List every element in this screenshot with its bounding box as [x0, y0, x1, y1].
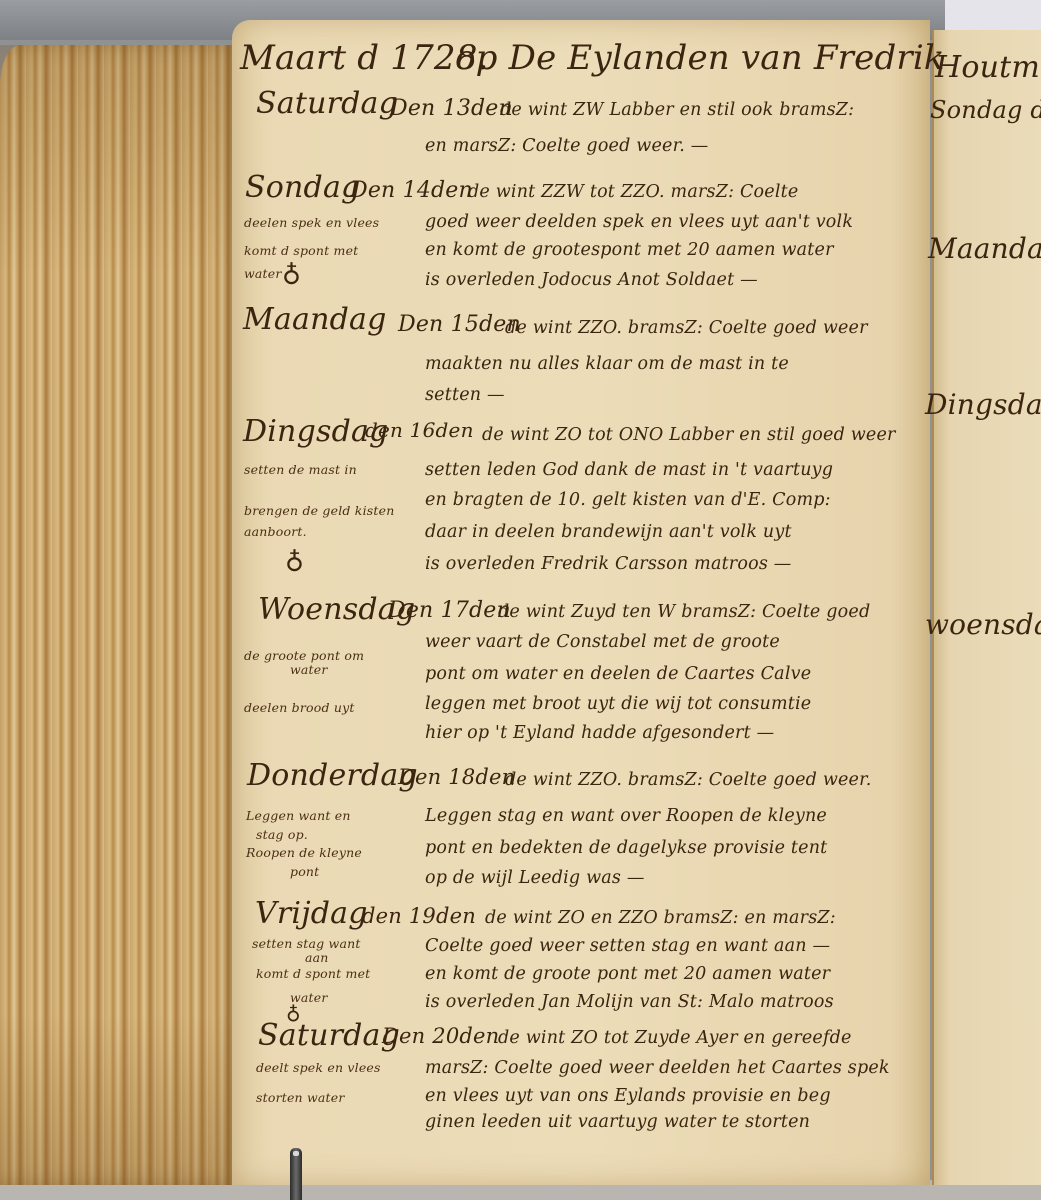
entry-day: Vrijdag — [255, 896, 368, 931]
entry-day: Saturdag — [258, 1018, 400, 1053]
entry-line: daar in deelen brandewijn aan't volk uyt — [425, 522, 792, 542]
entry-line: leggen met broot uyt die wij tot consumt… — [425, 694, 811, 714]
entry-line: en bragten de 10. gelt kisten van d'E. C… — [425, 490, 831, 510]
entry-line: pont om water en deelen de Caartes Calve — [425, 664, 811, 684]
margin-note: pont — [290, 864, 319, 879]
facing-page-day: woensdag — [925, 608, 1041, 641]
entry-line: marsZ: Coelte goed weer deelden het Caar… — [425, 1058, 890, 1078]
entry-line: ginen leeden uit vaartuyg water te stort… — [425, 1112, 810, 1132]
entry-line: de wint ZO tot Zuyde Ayer en gereefde — [498, 1028, 852, 1048]
margin-note: komt d spont met — [256, 966, 370, 981]
entry-line: de wint ZO tot ONO Labber en stil goed w… — [482, 425, 896, 445]
entry-line: is overleden Fredrik Carsson matroos — — [425, 554, 792, 574]
entry-line: is overleden Jodocus Anot Soldaet — — [425, 270, 758, 290]
entry-line: de wint ZZO. bramsZ: Coelte goed weer — [505, 318, 868, 338]
entry-line: hier op 't Eyland hadde afgesondert — — [425, 723, 774, 743]
photo-backdrop-card — [945, 0, 1041, 30]
entry-date: Den 13den — [390, 96, 513, 121]
entry-line: de wint ZO en ZZO bramsZ: en marsZ: — [485, 908, 836, 928]
cross-death-mark-icon: ♁ — [285, 545, 304, 575]
entry-date: den 16den — [365, 418, 474, 442]
margin-note: water — [290, 662, 328, 677]
entry-date: Den 14den — [350, 178, 473, 203]
entry-line: goed weer deelden spek en vlees uyt aan'… — [425, 212, 853, 232]
entry-line: maakten nu alles klaar om de mast in te — [425, 354, 789, 374]
entry-line: en komt de groote pont met 20 aamen wate… — [425, 964, 830, 984]
entry-day: Saturdag — [256, 86, 398, 121]
entry-line: weer vaart de Constabel met de groote — [425, 632, 780, 652]
margin-note: deelen spek en vlees — [244, 215, 379, 230]
cross-death-mark-icon: ♁ — [282, 258, 301, 288]
margin-note: Leggen want en — [246, 808, 351, 823]
entry-date: Den 18den — [398, 765, 515, 789]
margin-note: storten water — [256, 1090, 345, 1105]
margin-note: aanboort. — [244, 524, 307, 539]
entry-day: Donderdag — [247, 758, 418, 793]
margin-note: deelen brood uyt — [244, 700, 355, 715]
margin-note: setten de mast in — [244, 462, 357, 477]
log-header-date: Maart d 1728. — [240, 38, 489, 78]
facing-page-header: Houtm — [935, 50, 1040, 85]
margin-note: water — [244, 266, 282, 281]
margin-note: brengen de geld kisten — [244, 503, 394, 518]
facing-page-day: Maandag — [928, 232, 1041, 265]
entry-day: Maandag — [243, 302, 387, 337]
entry-line: de wint ZW Labber en stil ook bramsZ: — [500, 100, 854, 120]
entry-day: Sondag — [245, 170, 360, 205]
book-stand-rod — [290, 1148, 302, 1200]
entry-line: is overleden Jan Molijn van St: Malo mat… — [425, 992, 834, 1012]
entry-line: setten leden God dank de mast in 't vaar… — [425, 460, 833, 480]
margin-note: de groote pont om — [244, 648, 364, 663]
entry-line: pont en bedekten de dagelykse provisie t… — [425, 838, 827, 858]
margin-note: komt d spont met — [244, 243, 358, 258]
entry-date: Den 17den — [388, 598, 511, 623]
entry-date: Den 15den — [398, 312, 521, 337]
entry-line: en marsZ: Coelte goed weer. — — [425, 136, 708, 156]
entry-line: en vlees uyt van ons Eylands provisie en… — [425, 1086, 831, 1106]
entry-line: de wint Zuyd ten W bramsZ: Coelte goed — [498, 602, 870, 622]
entry-line: Leggen stag en want over Roopen de kleyn… — [425, 806, 827, 826]
fanned-page-edges — [0, 45, 240, 1185]
margin-note: Roopen de kleyne — [246, 845, 362, 860]
facing-page-day: Dingsdag — [925, 388, 1041, 421]
margin-note: deelt spek en vlees — [256, 1060, 381, 1075]
entry-line: Coelte goed weer setten stag en want aan… — [425, 936, 830, 956]
entry-line: op de wijl Leedig was — — [425, 868, 645, 888]
margin-note: stag op. — [256, 827, 308, 842]
entry-line: en komt de grootespont met 20 aamen wate… — [425, 240, 834, 260]
entry-date: Den 20den — [382, 1024, 499, 1048]
entry-line: setten — — [425, 385, 505, 405]
margin-note: setten stag want — [252, 936, 361, 951]
entry-date: den 19den — [362, 904, 476, 928]
entry-line: de wint ZZW tot ZZO. marsZ: Coelte — [468, 182, 798, 202]
entry-line: de wint ZZO. bramsZ: Coelte goed weer. — [505, 770, 872, 790]
log-header-location: op De Eylanden van Fredrik — [455, 38, 945, 78]
margin-note: aan — [305, 950, 329, 965]
facing-page-day: Sondag den — [930, 96, 1041, 124]
